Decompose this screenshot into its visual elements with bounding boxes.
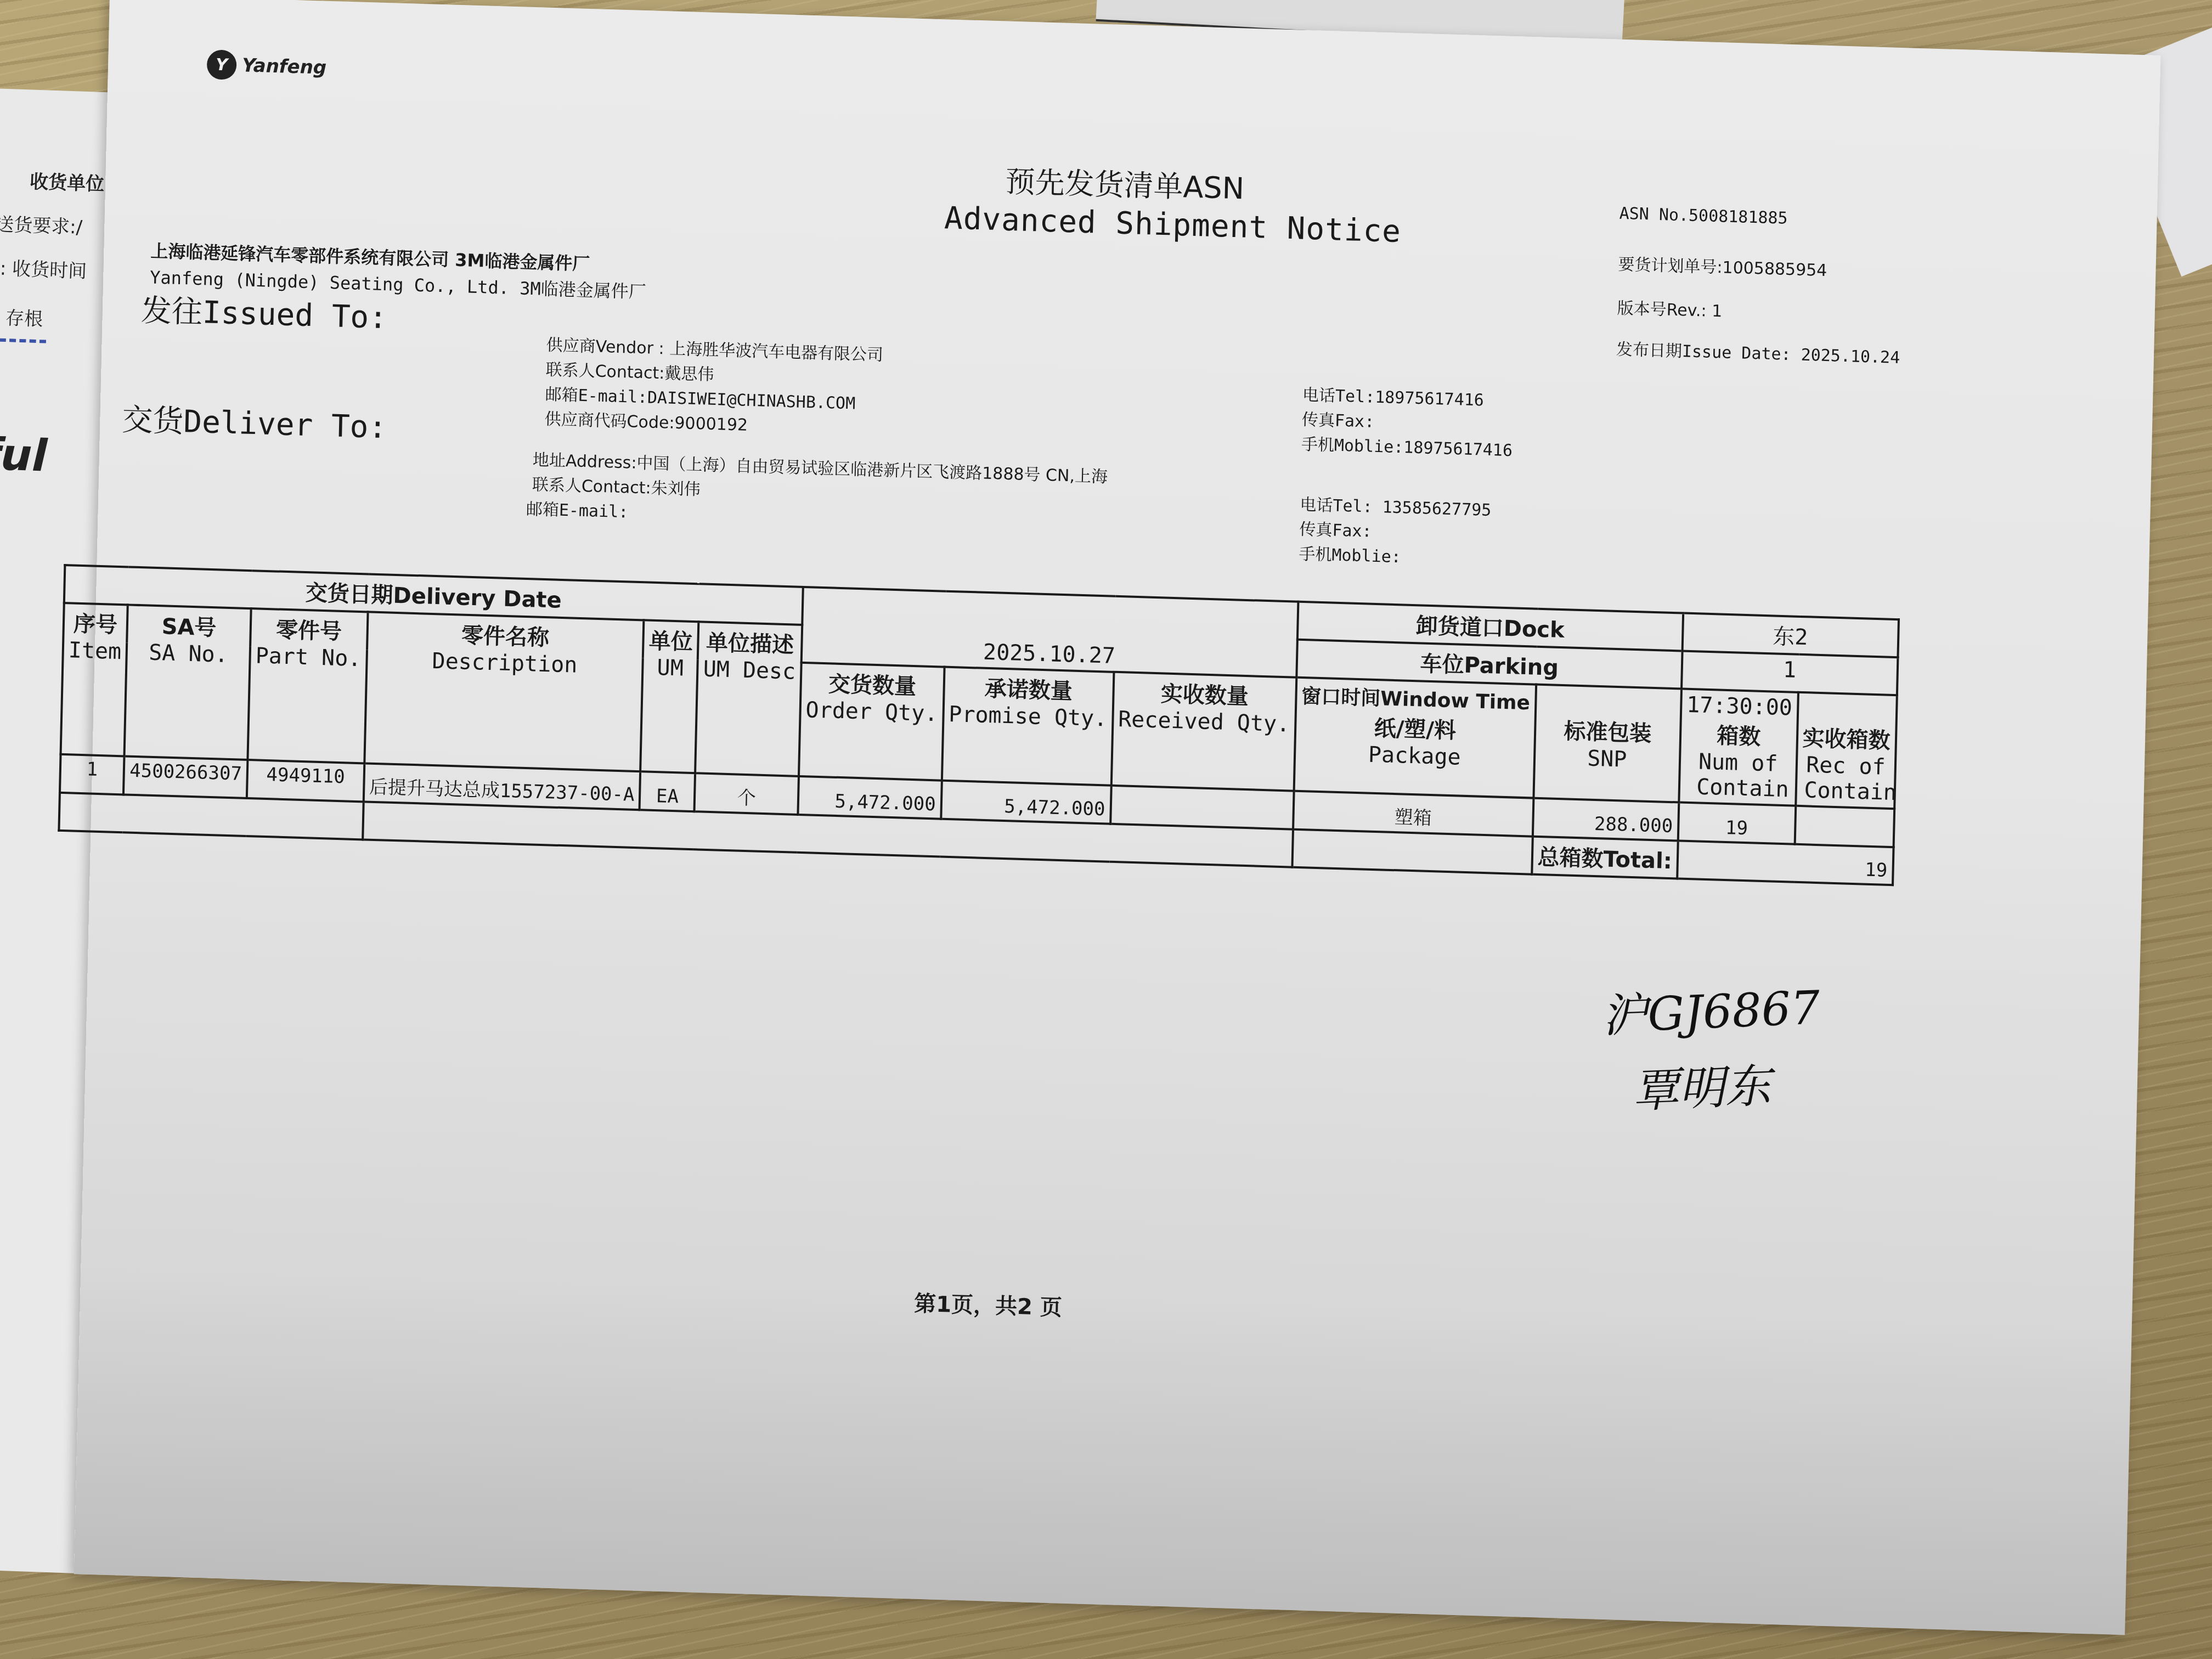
yanfeng-logo-icon: Y — [207, 49, 237, 80]
handwritten-signature: 覃明东 — [1631, 1049, 1772, 1121]
cell-order-qty: 5,472.000 — [798, 776, 941, 819]
cell-received-qty — [1110, 786, 1294, 830]
yanfeng-logo: Y Yanfeng — [207, 49, 327, 82]
plan-number: 要货计划单号:1005885954 — [1618, 251, 1827, 281]
deliver-fax: 传真Fax: — [1299, 516, 1372, 542]
col-item: 序号Item — [61, 603, 128, 756]
parking-value: 1 — [1681, 651, 1898, 696]
vendor-fax: 传真Fax: — [1302, 406, 1375, 432]
page-number: 第1页，共2 页 — [914, 1286, 1063, 1322]
logo-text: Yanfeng — [242, 54, 327, 79]
asn-document: Y Yanfeng 预先发货清单ASN Advanced Shipment No… — [74, 0, 2161, 1635]
cell-sa-no: 4500266307 — [123, 756, 247, 798]
col-received-qty: 实收数量Received Qty. — [1111, 672, 1296, 791]
cell-snp: 288.000 — [1532, 798, 1679, 841]
issued-to-label: 发往Issued To: — [140, 286, 388, 337]
cell-promise-qty: 5,472.000 — [941, 781, 1111, 824]
asn-number: ASN No.5008181885 — [1619, 204, 1788, 228]
col-order-qty: 交货数量Order Qty. — [799, 663, 944, 781]
under-text: 送货要求:/ — [0, 209, 83, 239]
cell-um-desc: 个 — [695, 773, 799, 815]
col-promise-qty: 承诺数量Promise Qty. — [942, 667, 1114, 786]
cell-part-no: 4949110 — [247, 760, 364, 802]
cell-um: EA — [640, 771, 696, 811]
col-um-desc: 单位描述UM Desc — [695, 622, 802, 776]
col-part-no: 零件号Part No. — [247, 608, 368, 763]
blank-cell — [1292, 830, 1532, 874]
delivery-date-value: 2025.10.27 — [802, 587, 1299, 678]
col-snp: 标准包装SNP — [1533, 685, 1681, 803]
under-text: 联 存根 — [0, 302, 43, 331]
total-value: 19 — [1677, 840, 1893, 885]
col-rec-contain: 实收箱数Rec of Contain — [1796, 692, 1897, 809]
shipment-table: 交货日期Delivery Date 2025.10.27 卸货道口Dock 东2… — [58, 564, 1899, 886]
col-um: 单位UM — [640, 620, 698, 773]
col-num-contain: 17:30:00箱数Num of Contain — [1679, 689, 1798, 806]
col-description: 零件名称Description — [364, 612, 644, 771]
col-package: 窗口时间Window Time 纸/塑/料Package — [1294, 678, 1536, 798]
vendor-mobile: 手机Moblie:18975617416 — [1301, 431, 1513, 461]
cell-rec-contain — [1795, 806, 1894, 847]
vendor-contact: 联系人Contact:戴思伟 — [545, 356, 714, 385]
revision: 版本号Rev.: 1 — [1617, 295, 1723, 322]
handwritten-plate-number: 沪GJ6867 — [1600, 970, 1821, 1046]
issue-date: 发布日期Issue Date: 2025.10.24 — [1616, 336, 1900, 368]
col-sa-no: SA号SA No. — [125, 605, 251, 760]
deliver-email: 邮箱E-mail: — [526, 495, 628, 523]
dock-value: 东2 — [1682, 613, 1898, 658]
under-text: E: 收货时间 — [0, 253, 87, 283]
cell-num-contain: 19 — [1678, 802, 1796, 844]
title-cn: 预先发货清单ASN — [1005, 159, 1245, 208]
cell-package: 塑箱 — [1293, 791, 1533, 837]
deliver-to-label: 交货Deliver To: — [122, 396, 387, 447]
cell-item: 1 — [60, 754, 125, 794]
deliver-mobile: 手机Moblie: — [1299, 540, 1401, 568]
total-label: 总箱数Total: — [1532, 837, 1678, 879]
under-text: 收货单位 — [29, 166, 105, 196]
deliver-contact: 联系人Contact:朱刘伟 — [532, 471, 701, 500]
under-signature: ful — [0, 428, 48, 482]
title-en: Advanced Shipment Notice — [944, 200, 1401, 250]
dashed-divider — [0, 337, 46, 343]
